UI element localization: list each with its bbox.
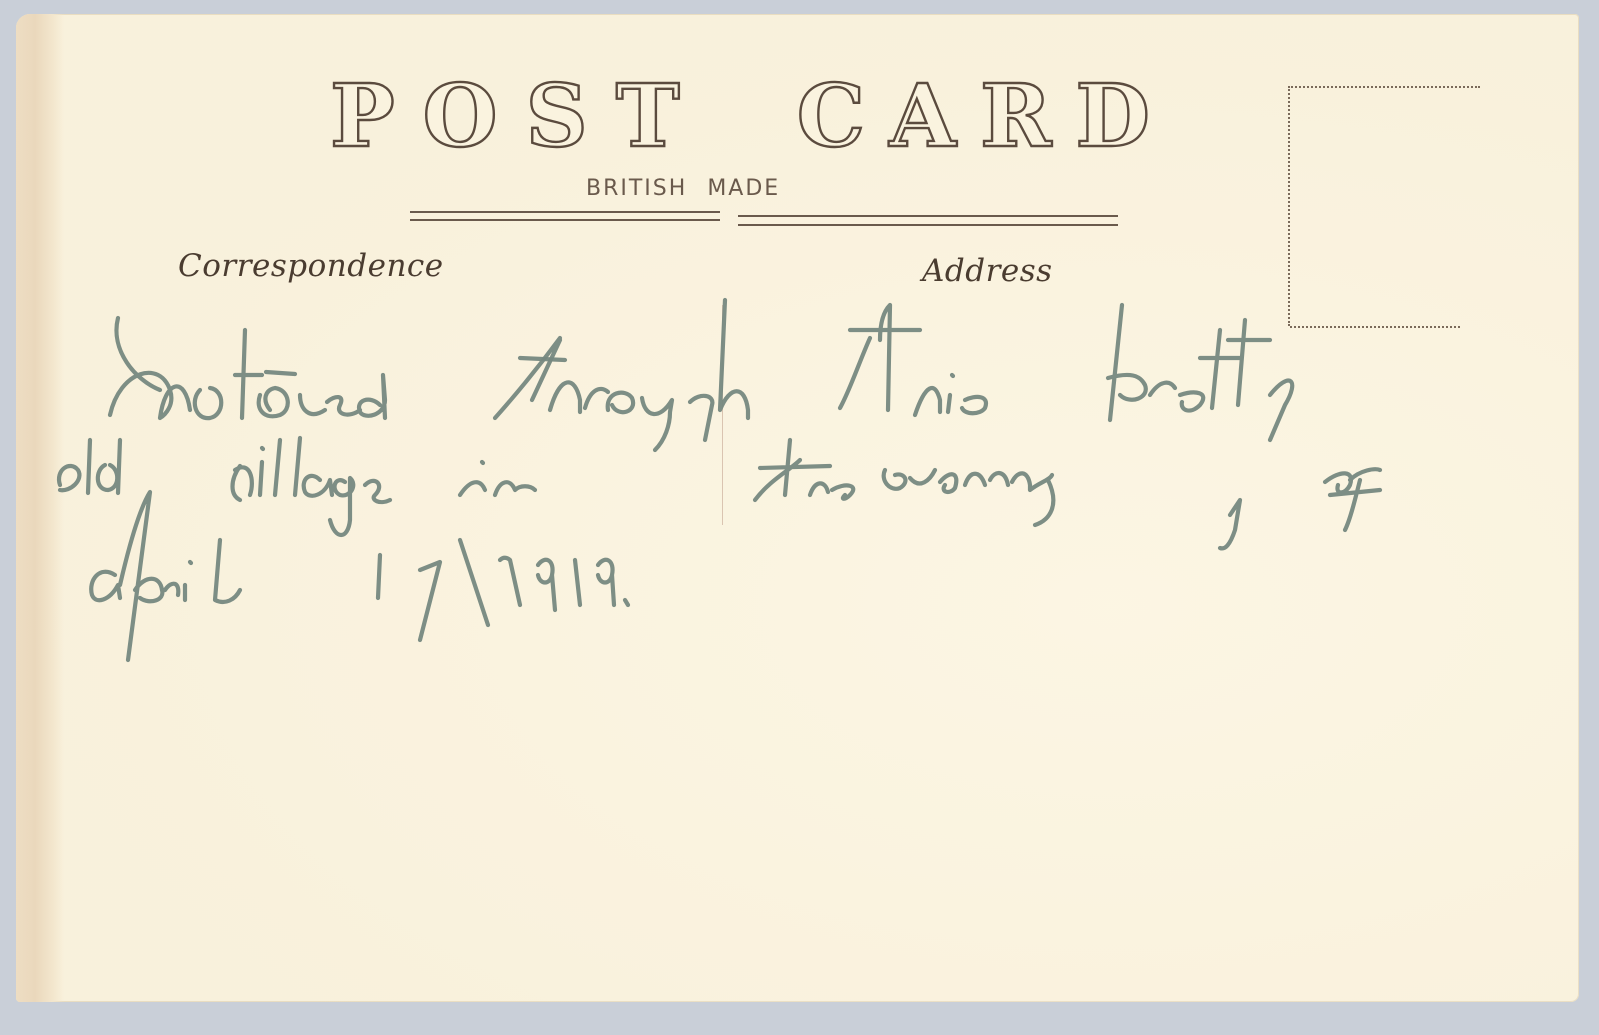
message-line: April 17/1919. [60,520,1460,630]
message-line: Motored through this pretty [60,300,1460,410]
heading-letter: S [526,72,588,162]
handwritten-message: Motored through this pretty old village … [60,300,1460,630]
address-label: Address [922,253,1053,289]
stamp-box [1288,86,1480,326]
heading-letter: R [980,72,1051,162]
heading-rule [738,224,1118,226]
subtitle-word: BRITISH [586,176,687,201]
heading-letter: A [889,72,956,162]
correspondence-label: Correspondence [178,248,444,284]
heading-word-card: C A R D [797,72,1150,162]
heading-letter: O [423,72,498,162]
heading-letter: D [1075,72,1150,162]
british-made-subtitle: BRITISHMADE [586,176,780,201]
heading-letter: P [330,72,395,162]
post-card-heading: P O S T C A R D [330,72,1150,162]
heading-rule [410,211,720,213]
heading-rule [738,215,1118,217]
heading-letter: C [797,72,865,162]
subtitle-word: MADE [707,176,780,201]
heading-rule [410,219,720,221]
heading-letter: T [616,72,680,162]
message-line: old village in the evening of [60,410,1460,520]
heading-word-post: P O S T [330,72,680,162]
